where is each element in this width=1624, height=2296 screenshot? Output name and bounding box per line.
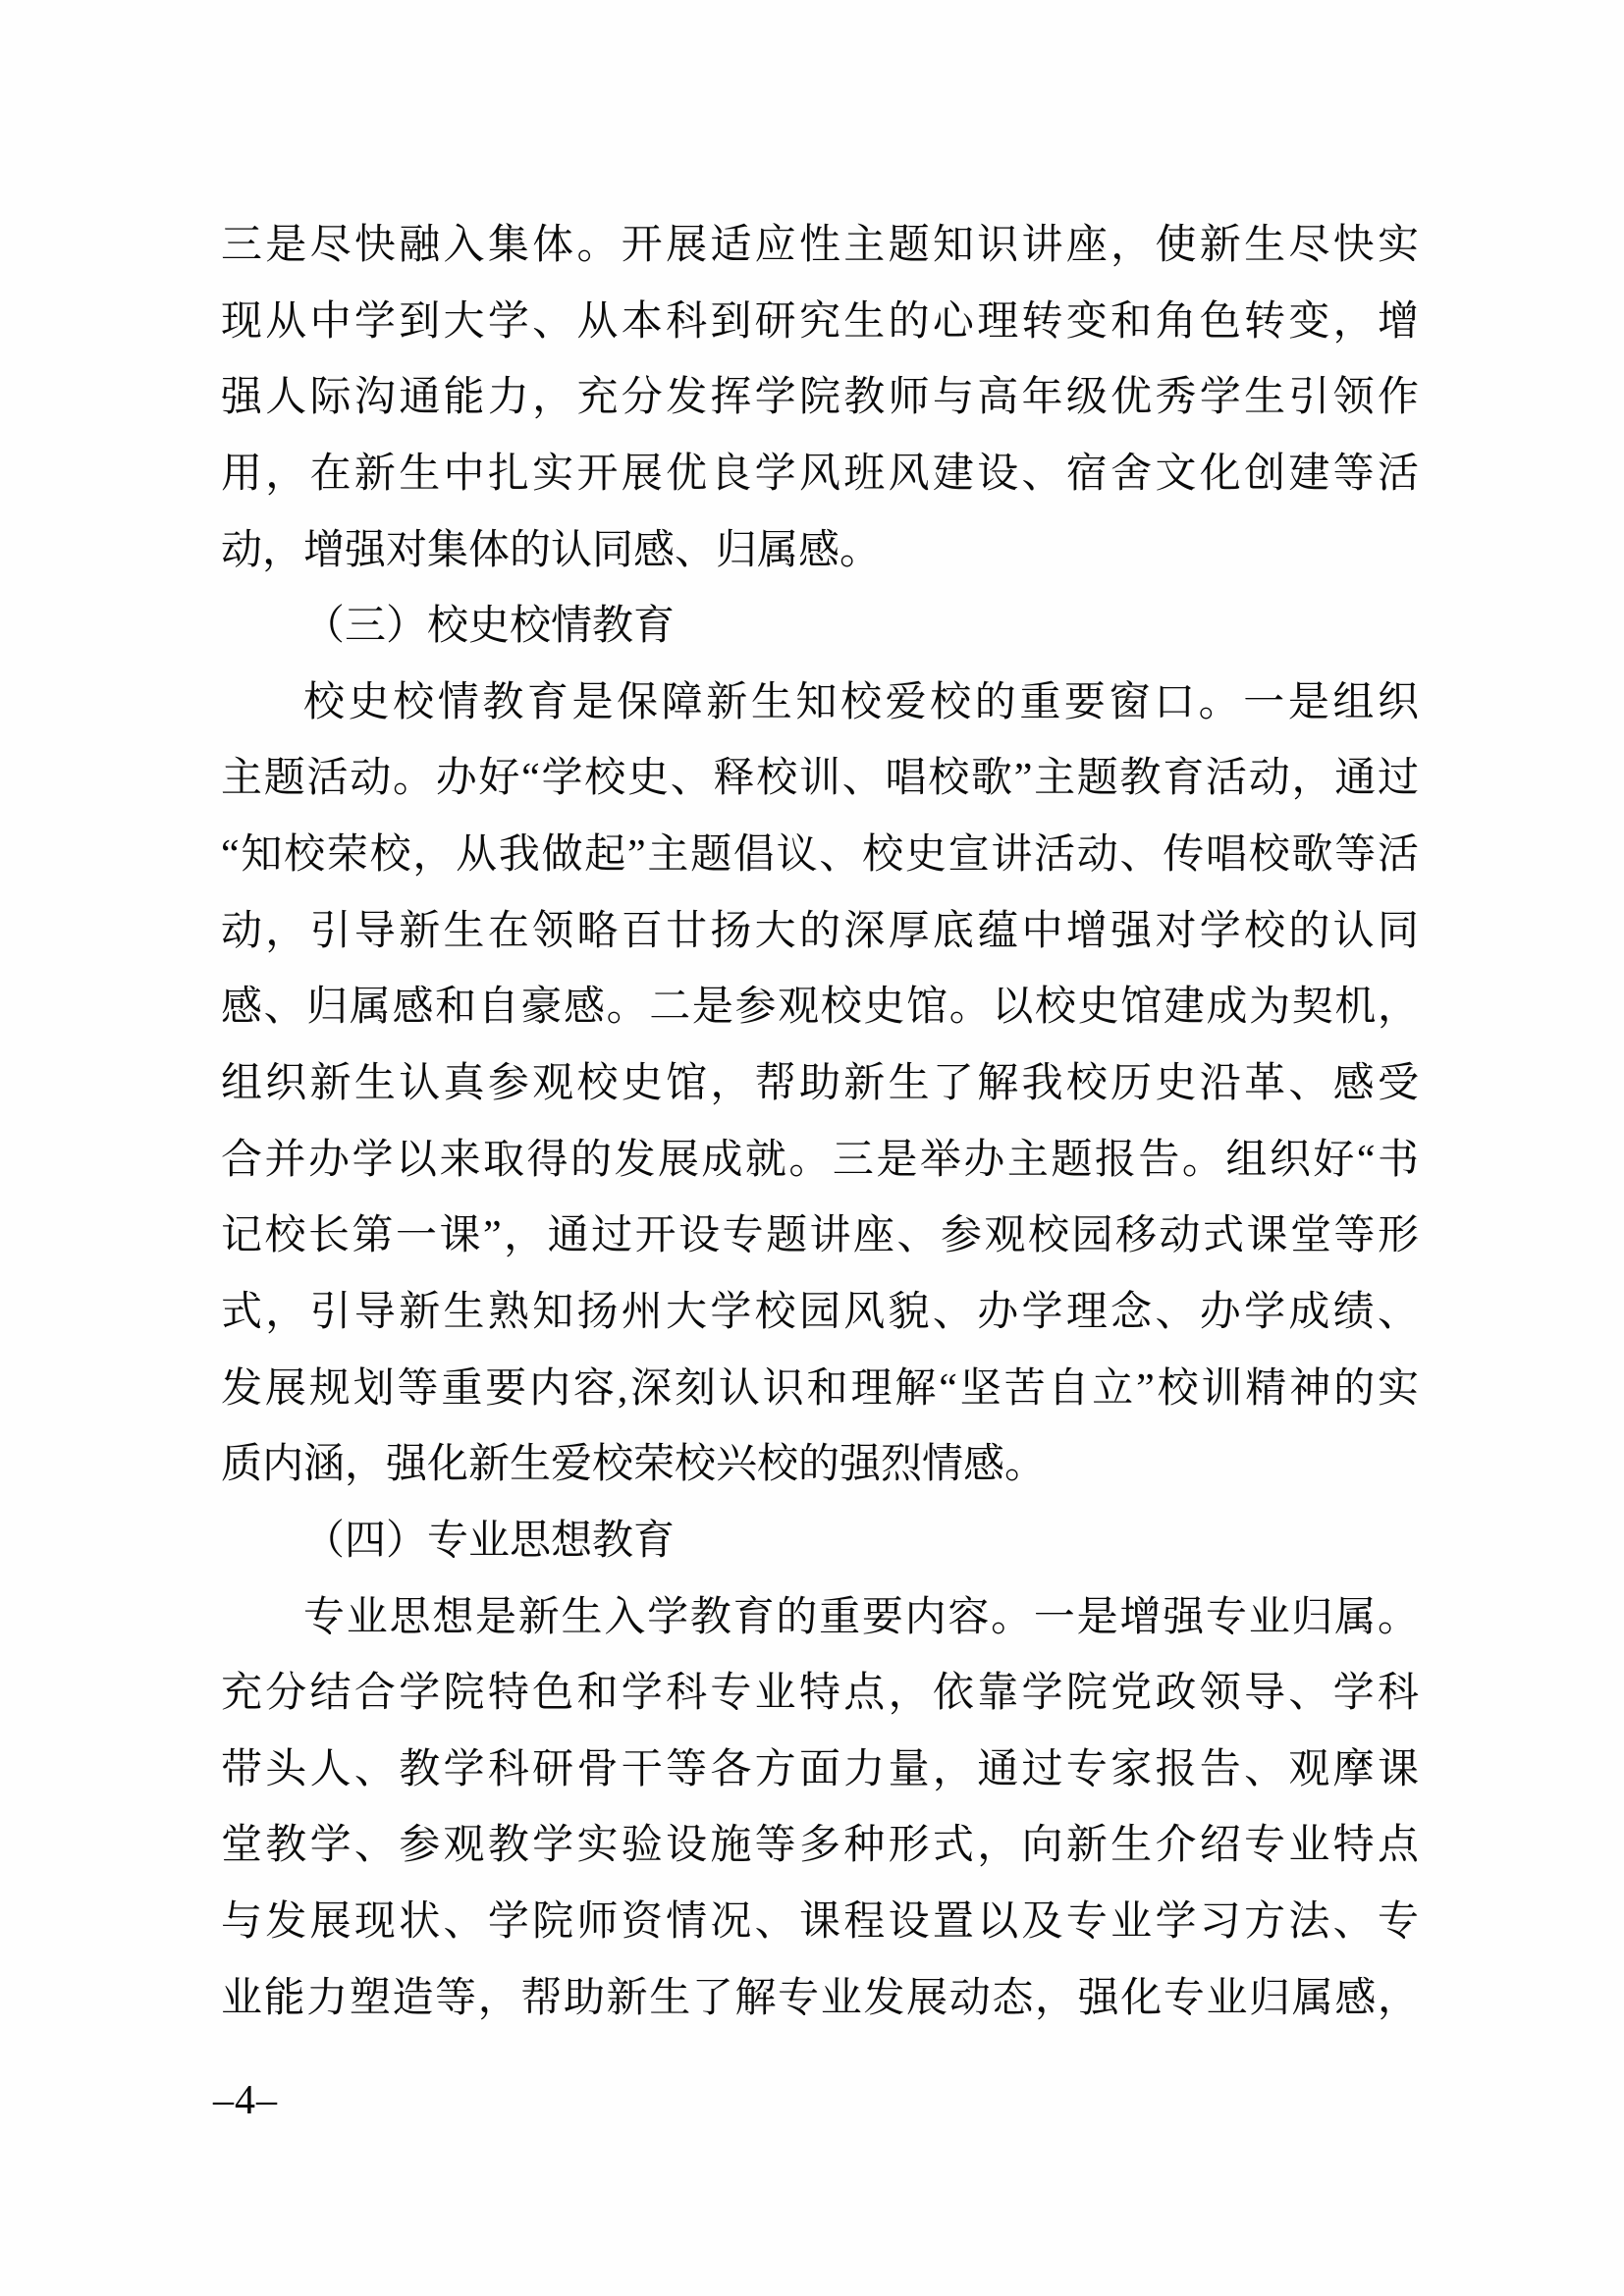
text-line: 专业思想是新生入学教育的重要内容。一是增强专业归属。 (221, 1580, 1419, 1657)
page-number: –4– (213, 2077, 278, 2124)
document-body: 三是尽快融入集体。开展适应性主题知识讲座，使新生尽快实现从中学到大学、从本科到研… (221, 208, 1419, 2037)
text-line: 充分结合学院特色和学科专业特点，依靠学院党政领导、学科 (221, 1656, 1419, 1733)
text-line: 质内涵，强化新生爱校荣校兴校的强烈情感。 (221, 1427, 1419, 1504)
text-line: “知校荣校，从我做起”主题倡议、校史宣讲活动、传唱校歌等活 (221, 818, 1419, 894)
text-line: 主题活动。办好“学校史、释校训、唱校歌”主题教育活动，通过 (221, 741, 1419, 818)
heading-line: （四）专业思想教育 (221, 1504, 1419, 1580)
heading-section-three-school-history-education: （三）校史校情教育 (221, 589, 1419, 666)
text-line: 动，增强对集体的认同感、归属感。 (221, 513, 1419, 590)
text-line: 堂教学、参观教学实验设施等多种形式，向新生介绍专业特点 (221, 1808, 1419, 1885)
paragraph-school-history-education: 校史校情教育是保障新生知校爱校的重要窗口。一是组织主题活动。办好“学校史、释校训… (221, 666, 1419, 1504)
text-line: 带头人、教学科研骨干等各方面力量，通过专家报告、观摩课 (221, 1733, 1419, 1809)
document-page: 三是尽快融入集体。开展适应性主题知识讲座，使新生尽快实现从中学到大学、从本科到研… (0, 0, 1624, 2296)
heading-section-four-professional-thought-education: （四）专业思想教育 (221, 1504, 1419, 1580)
text-line: 记校长第一课”，通过开设专题讲座、参观校园移动式课堂等形 (221, 1199, 1419, 1275)
text-line: 强人际沟通能力，充分发挥学院教师与高年级优秀学生引领作 (221, 360, 1419, 437)
heading-line: （三）校史校情教育 (221, 589, 1419, 666)
text-line: 校史校情教育是保障新生知校爱校的重要窗口。一是组织 (221, 666, 1419, 742)
text-line: 发展规划等重要内容,深刻认识和理解“坚苦自立”校训精神的实 (221, 1352, 1419, 1428)
text-line: 组织新生认真参观校史馆，帮助新生了解我校历史沿革、感受 (221, 1046, 1419, 1123)
text-line: 式，引导新生熟知扬州大学校园风貌、办学理念、办学成绩、 (221, 1275, 1419, 1352)
text-line: 动，引导新生在领略百廿扬大的深厚底蕴中增强对学校的认同 (221, 894, 1419, 971)
text-line: 用，在新生中扎实开展优良学风班风建设、宿舍文化创建等活 (221, 437, 1419, 513)
text-line: 现从中学到大学、从本科到研究生的心理转变和角色转变，增 (221, 285, 1419, 361)
paragraph-professional-thought-education: 专业思想是新生入学教育的重要内容。一是增强专业归属。充分结合学院特色和学科专业特… (221, 1580, 1419, 2038)
text-line: 感、归属感和自豪感。二是参观校史馆。以校史馆建成为契机， (221, 970, 1419, 1046)
paragraph-collective-integration-continued: 三是尽快融入集体。开展适应性主题知识讲座，使新生尽快实现从中学到大学、从本科到研… (221, 208, 1419, 589)
text-line: 三是尽快融入集体。开展适应性主题知识讲座，使新生尽快实 (221, 208, 1419, 285)
text-line: 与发展现状、学院师资情况、课程设置以及专业学习方法、专 (221, 1885, 1419, 1961)
text-line: 合并办学以来取得的发展成就。三是举办主题报告。组织好“书 (221, 1123, 1419, 1200)
text-line: 业能力塑造等，帮助新生了解专业发展动态，强化专业归属感， (221, 1961, 1419, 2038)
